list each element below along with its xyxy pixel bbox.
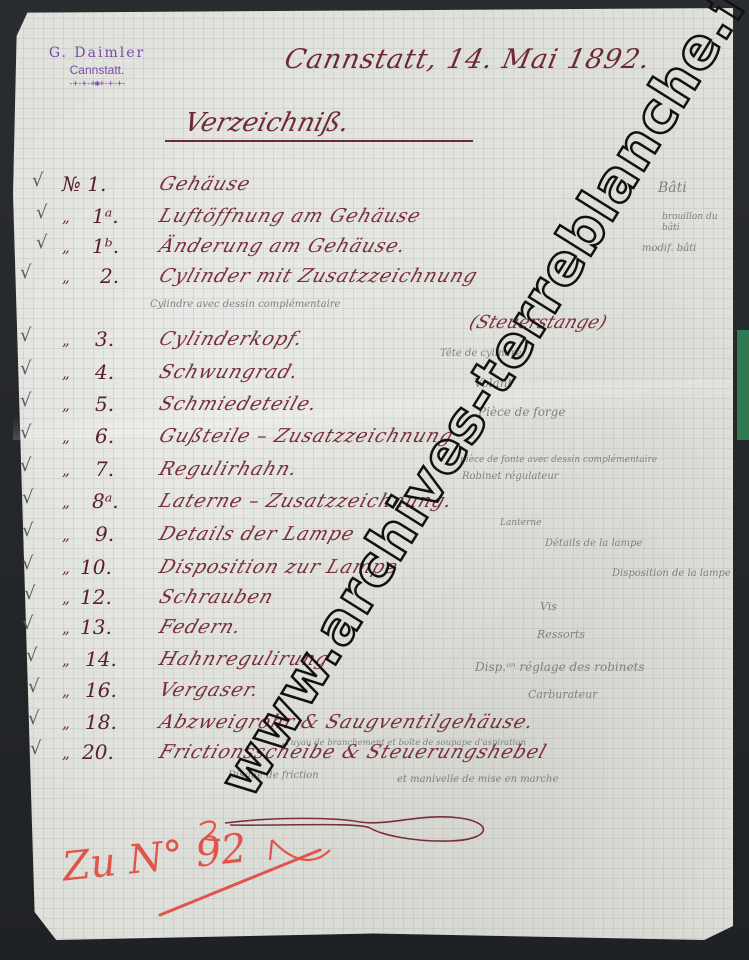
row-text: Cylinder mit Zusatzzeichnung [156,265,480,287]
check-mark-icon: √ [26,645,37,666]
row-number: 5. [95,392,114,416]
ditto-mark: „ [62,619,70,637]
check-mark-icon: √ [20,455,31,476]
company-stamp: G. Daimler Cannstatt. -+-+-+✱+-+-+- [42,45,152,89]
row-text: Regulirhahn. [156,458,300,480]
list-row: √ „ 4. Schwungrad. [0,360,749,390]
pencil-note: Bâti [658,180,687,196]
row-text: Schwungrad. [156,361,302,383]
ditto-mark: „ [62,461,70,479]
check-mark-icon: √ [32,170,43,191]
row-text: Schrauben [156,586,276,608]
check-mark-icon: √ [20,325,31,346]
check-mark-icon: √ [28,708,39,729]
pencil-note: pièce de fonte avec dessin complémentair… [460,455,657,465]
ditto-mark: „ [62,364,70,382]
stamp-city: Cannstatt. [42,63,152,77]
list-row: √ „ 3. Cylinderkopf. [0,327,749,357]
document-title: Verzeichniß. [181,108,352,138]
pencil-note: modif. bâti [642,243,696,254]
row-number: 8ᵃ. [92,489,119,513]
row-number: 1ᵃ. [92,204,119,228]
row-text: Änderung am Gehäuse. [156,235,409,257]
list-row: √ „ 6. Gußteile – Zusatzzeichnung [0,424,749,454]
row-number: 4. [95,360,114,384]
row-number: № 1. [62,172,106,196]
row-text: Schmiedeteile. [156,393,320,415]
pencil-note: et manivelle de mise en marche [397,774,558,785]
row-number: 3. [95,327,114,351]
pencil-note: Cylindre avec dessin complémentaire [150,299,340,310]
check-mark-icon: √ [22,553,33,574]
list-row: √ „ 2. Cylinder mit Zusatzzeichnung [0,264,749,294]
check-mark-icon: √ [22,613,33,634]
ditto-mark: „ [62,526,70,544]
row-text: Federn. [156,616,244,638]
pencil-note: Tuyau de branchement et boîte de soupape… [285,738,526,748]
check-mark-icon: √ [20,358,31,379]
check-mark-icon: √ [36,232,47,253]
row-number: 1ᵇ. [92,234,119,258]
ditto-mark: „ [62,493,70,511]
row-text: Vergaser. [156,679,262,701]
row-text: Details der Lampe [156,523,357,545]
row-text: Gehäuse [156,173,253,195]
ditto-mark: „ [62,238,70,256]
ditto-mark: „ [62,589,70,607]
stamp-ornament: -+-+-+✱+-+-+- [42,79,152,89]
list-row: √ „ 16. Vergaser. [0,678,749,708]
title-underline [165,140,473,142]
row-number: 20. [82,740,114,764]
ditto-mark: „ [62,714,70,732]
row-text: Cylinderkopf. [156,328,306,350]
check-mark-icon: √ [20,422,31,443]
row-text: Luftöffnung am Gehäuse [156,205,424,227]
ditto-mark: „ [62,268,70,286]
row-number: 7. [95,457,114,481]
check-mark-icon: √ [30,738,41,759]
pencil-note: Disposition de la lampe [612,568,731,579]
row-text: Gußteile – Zusatzzeichnung [156,425,456,447]
ditto-mark: „ [62,428,70,446]
pencil-note: Ressorts [537,628,585,641]
row-number: 12. [80,585,112,609]
ditto-mark: „ [62,651,70,669]
check-mark-icon: √ [36,202,47,223]
row-number: 9. [95,522,114,546]
check-mark-icon: √ [22,487,33,508]
row-number: 2. [100,264,119,288]
check-mark-icon: √ [24,583,35,604]
ditto-mark: „ [62,331,70,349]
ditto-mark: „ [62,682,70,700]
pencil-note: Vis [540,600,557,613]
row-text: Abzweigrohr & Saugventilgehäuse. [156,711,537,733]
stamp-name: G. Daimler [42,45,152,61]
row-number: 16. [85,678,117,702]
ditto-mark: „ [62,744,70,762]
check-mark-icon: √ [28,676,39,697]
ditto-mark: „ [62,559,70,577]
ditto-mark: „ [62,208,70,226]
pencil-note: brouillon du bâti [662,212,722,234]
row-number: 14. [85,647,117,671]
row-number: 10. [80,555,112,579]
row-number: 6. [95,424,114,448]
list-row: √ „ 1ᵇ. Änderung am Gehäuse. [0,234,749,264]
pencil-note: Carburateur [528,688,597,701]
check-mark-icon: √ [20,262,31,283]
row-number: 13. [80,615,112,639]
pencil-note: Robinet régulateur [462,471,559,482]
check-mark-icon: √ [20,390,31,411]
list-row: √ „ 5. Schmiedeteile. [0,392,749,422]
pencil-note: Lanterne [500,518,542,528]
dateline: Cannstatt, 14. Mai 1892. [282,44,654,75]
list-row: √ „ 18. Abzweigrohr & Saugventilgehäuse. [0,710,749,740]
row-number: 18. [85,710,117,734]
pencil-note: Disp.ᵒⁿ réglage des robinets [475,660,645,674]
pencil-note: Détails de la lampe [545,538,642,549]
check-mark-icon: √ [22,520,33,541]
ditto-mark: „ [62,396,70,414]
